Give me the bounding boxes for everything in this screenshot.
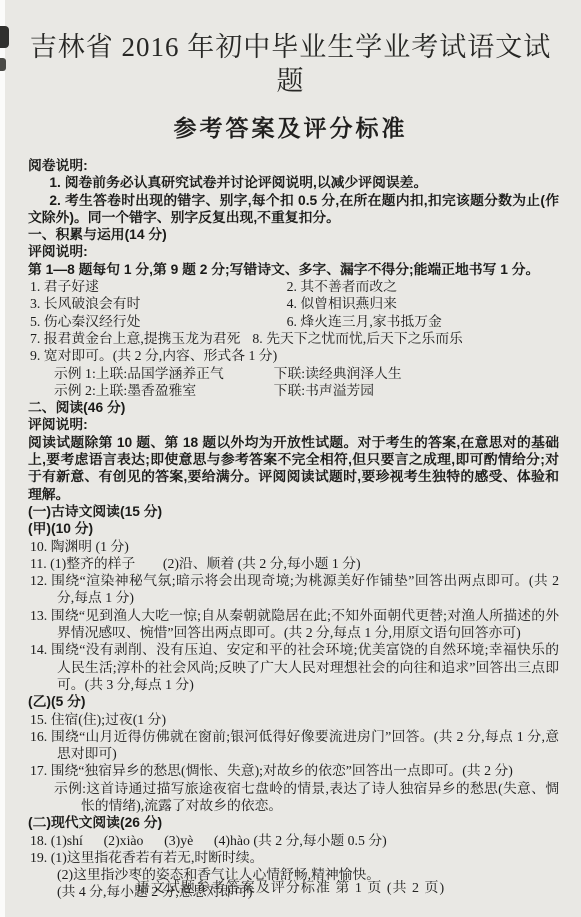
answer-line: 11. (1)整齐的样子 (2)沿、顺着 (共 2 分,每小题 1 分): [30, 555, 559, 572]
answer-line: 10. 陶渊明 (1 分): [30, 538, 559, 555]
answer-item: 5. 伤心秦汉经行处: [30, 313, 287, 330]
answer-item: 下联:书声溢芳园: [274, 382, 374, 399]
answer-line: 19. (1)这里指花香若有若无,时断时续。: [30, 849, 559, 866]
scan-artifact: [0, 26, 9, 48]
scanned-exam-answer-page: 吉林省 2016 年初中毕业生学业考试语文试题 参考答案及评分标准 阅卷说明:1…: [0, 0, 581, 917]
instruction-paragraph: 1. 阅卷前务必认真研究试卷并讨论评阅说明,以减少评阅误差。: [28, 174, 559, 191]
answer-pair-row: 5. 伤心秦汉经行处6. 烽火连三月,家书抵万金: [30, 313, 559, 330]
answer-item: 示例 1:上联:品国学涵养正气: [54, 365, 274, 382]
answer-item: 3. 长风破浪会有时: [30, 295, 287, 312]
answer-line: 17. 围绕“独宿异乡的愁思(惆怅、失意);对故乡的依恋”回答出一点即可。(共 …: [30, 762, 559, 779]
section-heading: 阅卷说明:: [28, 157, 559, 174]
instruction-paragraph: 2. 考生答卷时出现的错字、别字,每个扣 0.5 分,在所在题内扣,扣完该题分数…: [28, 192, 559, 227]
section-heading: 一、积累与运用(14 分): [28, 226, 559, 243]
section-heading: (甲)(10 分): [28, 520, 559, 537]
section-heading: (一)古诗文阅读(15 分): [28, 503, 559, 520]
section-heading: 评阅说明:: [28, 243, 559, 260]
answer-line: 16. 围绕“山月近得仿佛就在窗前;银河低得好像要流进房门”回答。(共 2 分,…: [30, 728, 559, 763]
answer-line: 13. 围绕“见到渔人大吃一惊;自从秦朝就隐居在此;不知外面朝代更替;对渔人所描…: [30, 607, 559, 642]
example-paragraph: 示例:这首诗通过描写旅途夜宿七盘岭的情景,表达了诗人独宿异乡的愁思(失意、惆怅的…: [54, 780, 559, 815]
section-heading: 二、阅读(46 分): [28, 399, 559, 416]
answer-line: 12. 围绕“渲染神秘气氛;暗示将会出现奇境;为桃源美好作铺垫”回答出两点即可。…: [30, 572, 559, 607]
document-subtitle: 参考答案及评分标准: [0, 114, 581, 142]
answer-line: 9. 宽对即可。(共 2 分,内容、形式各 1 分): [30, 347, 559, 364]
answer-item: 4. 似曾相识燕归来: [287, 295, 397, 312]
answer-item: 7. 报君黄金台上意,提携玉龙为君死: [30, 330, 240, 347]
answer-line: 18. (1)shí (2)xiào (3)yè (4)hào (共 2 分,每…: [30, 832, 559, 849]
answer-line: 15. 住宿(住);过夜(1 分): [30, 711, 559, 728]
answer-item: 示例 2:上联:墨香盈雅室: [54, 382, 274, 399]
answer-pair-row: 1. 君子好逑2. 其不善者而改之: [30, 278, 559, 295]
answer-item: 8. 先天下之忧而忧,后天下之乐而乐: [252, 330, 462, 347]
answer-item: 1. 君子好逑: [30, 278, 287, 295]
answer-line: 14. 围绕“没有剥削、没有压迫、安定和平的社会环境;优美富饶的自然环境;幸福快…: [30, 641, 559, 693]
section-heading: (乙)(5 分): [28, 693, 559, 710]
answer-pair-row: 示例 2:上联:墨香盈雅室下联:书声溢芳园: [54, 382, 559, 399]
scan-edge-strip: [0, 0, 5, 917]
answer-pair-row: 示例 1:上联:品国学涵养正气下联:读经典润泽人生: [54, 365, 559, 382]
page-footer: 语文试题参考答案及评分标准 第 1 页 (共 2 页): [0, 877, 581, 897]
section-heading: (二)现代文阅读(26 分): [28, 814, 559, 831]
answer-item: 2. 其不善者而改之: [287, 278, 397, 295]
answer-pair-row: 7. 报君黄金台上意,提携玉龙为君死8. 先天下之忧而忧,后天下之乐而乐: [30, 330, 559, 347]
instruction-paragraph: 阅读试题除第 10 题、第 18 题以外均为开放性试题。对于考生的答案,在意思对…: [28, 434, 559, 503]
answer-pair-row: 3. 长风破浪会有时4. 似曾相识燕归来: [30, 295, 559, 312]
answer-item: 下联:读经典润泽人生: [274, 365, 402, 382]
instruction-paragraph: 第 1—8 题每句 1 分,第 9 题 2 分;写错诗文、多字、漏字不得分;能端…: [28, 261, 559, 278]
section-heading: 评阅说明:: [28, 416, 559, 433]
scan-artifact: [0, 58, 6, 71]
document-title: 吉林省 2016 年初中毕业生学业考试语文试题: [18, 30, 563, 98]
document-body: 阅卷说明:1. 阅卷前务必认真研究试卷并讨论评阅说明,以减少评阅误差。2. 考生…: [0, 142, 581, 901]
answer-item: 6. 烽火连三月,家书抵万金: [287, 313, 442, 330]
